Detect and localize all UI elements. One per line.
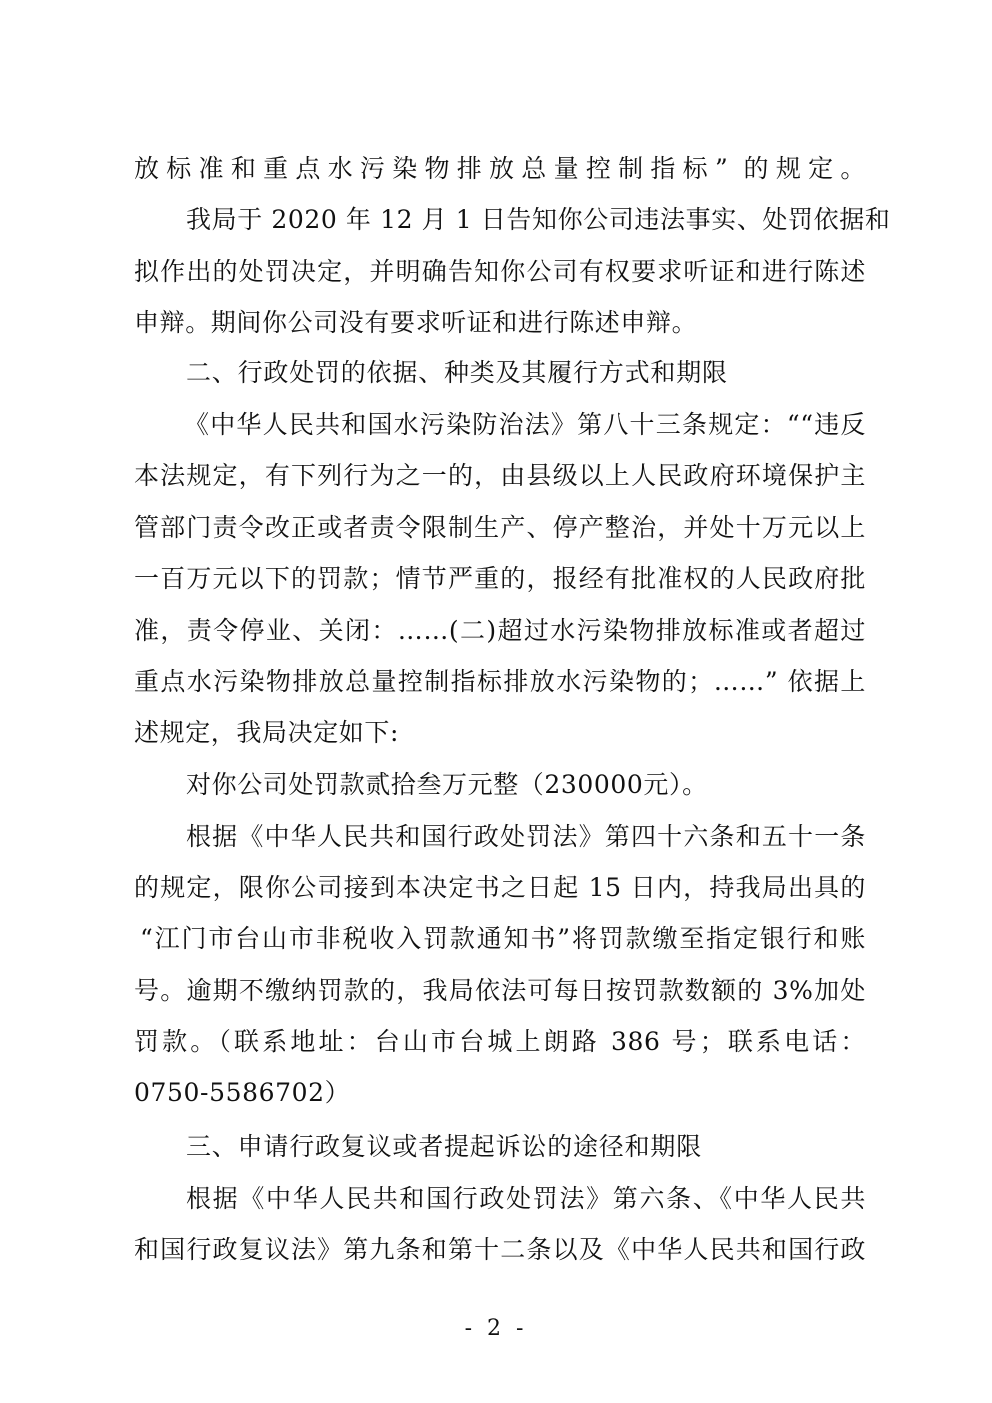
contact-phone-line: 0750-5586702） [134,1076,866,1110]
paragraph-line-notification: 我局于 2020 年 12 月 1 日告知你公司违法事实、处罚依据和 [186,203,866,237]
paragraph-line: 述规定，我局决定如下: [134,716,866,750]
paragraph-line-review-basis: 根据《中华人民共和国行政处罚法》第六条、《中华人民共 [186,1182,866,1216]
section-heading-penalty-basis: 二、行政处罚的依据、种类及其履行方式和期限 [186,356,866,390]
paragraph-line-continued: 放标准和重点水污染物排放总量控制指标” 的规定。 [134,152,866,186]
page-number: - 2 - [0,1316,992,1342]
paragraph-line: 重点水污染物排放总量控制指标排放水污染物的；……” 依据上 [134,665,866,699]
section-heading-review-litigation: 三、申请行政复议或者提起诉讼的途径和期限 [186,1130,866,1164]
paragraph-line: 号。逾期不缴纳罚款的，我局依法可每日按罚款数额的 3%加处 [134,974,866,1008]
paragraph-line: 一百万元以下的罚款；情节严重的，报经有批准权的人民政府批 [134,562,866,596]
penalty-decision-line: 对你公司处罚款贰拾叁万元整（230000元）。 [186,768,866,802]
document-page: 放标准和重点水污染物排放总量控制指标” 的规定。 我局于 2020 年 12 月… [0,0,992,1403]
paragraph-line: “江门市台山市非税收入罚款通知书”将罚款缴至指定银行和账 [140,922,866,956]
paragraph-line-payment: 根据《中华人民共和国行政处罚法》第四十六条和五十一条 [186,820,866,854]
paragraph-line: 的规定，限你公司接到本决定书之日起 15 日内，持我局出具的 [134,871,866,905]
contact-info-line: 罚款。（联系地址：台山市台城上朗路 386 号；联系电话： [134,1025,866,1059]
paragraph-line: 管部门责令改正或者责令限制生产、停产整治，并处十万元以上 [134,511,866,545]
paragraph-line-law-citation: 《中华人民共和国水污染防治法》第八十三条规定：““违反 [184,408,866,442]
paragraph-line: 和国行政复议法》第九条和第十二条以及《中华人民共和国行政 [134,1233,866,1267]
paragraph-line: 申辩。期间你公司没有要求听证和进行陈述申辩。 [134,306,866,340]
paragraph-line: 本法规定，有下列行为之一的，由县级以上人民政府环境保护主 [134,459,866,493]
paragraph-line: 准，责令停业、关闭：……(二)超过水污染物排放标准或者超过 [134,614,866,648]
paragraph-line: 拟作出的处罚决定，并明确告知你公司有权要求听证和进行陈述 [134,255,866,289]
